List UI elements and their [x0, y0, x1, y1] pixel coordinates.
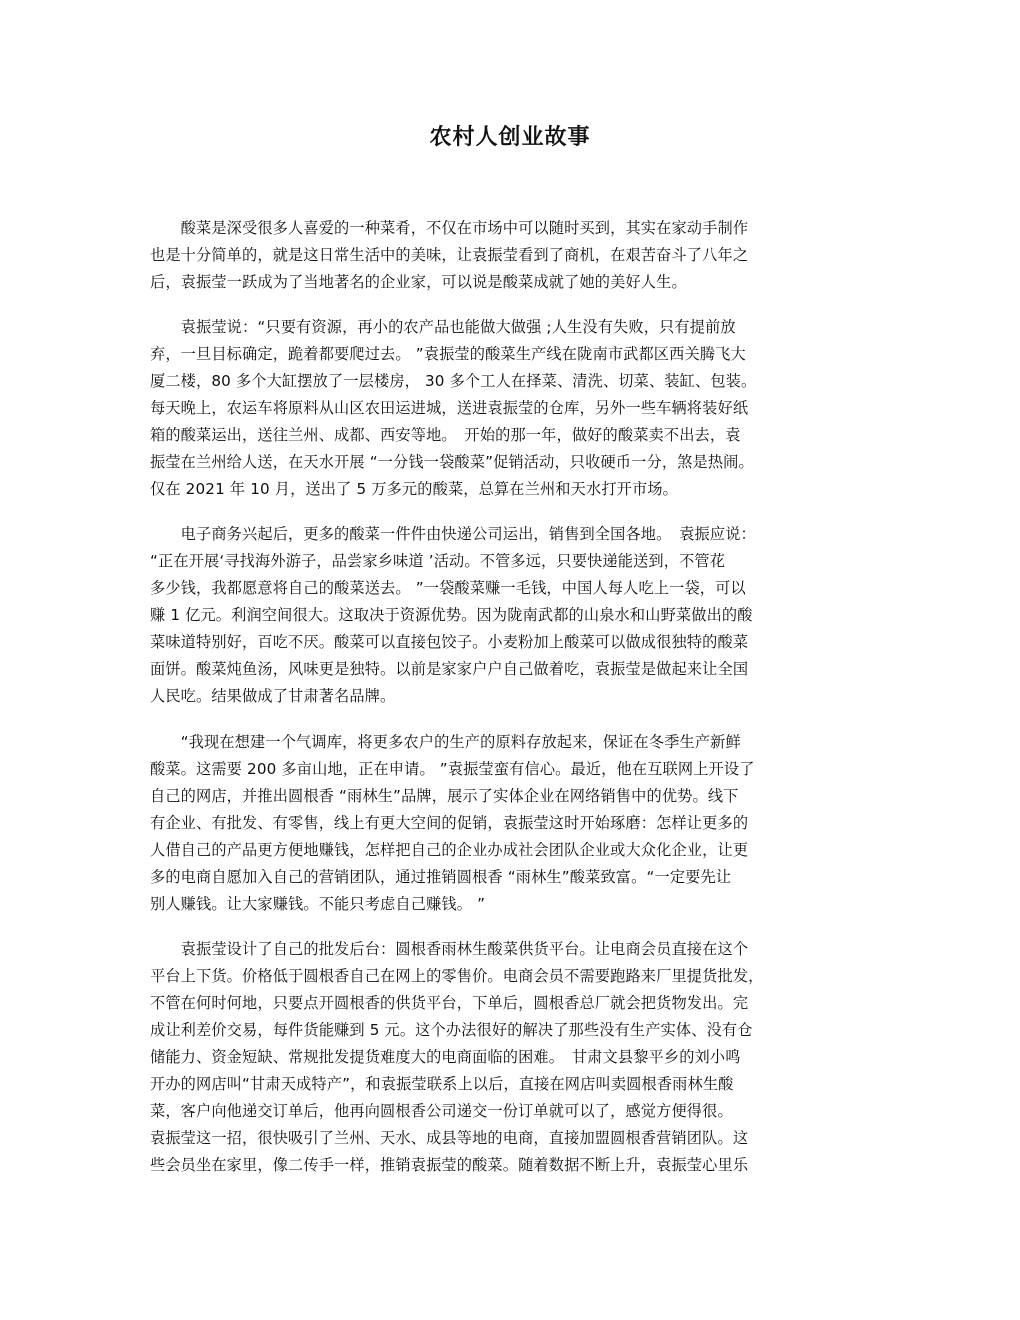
paragraph-5-line: 平台上下货。价格低于圆根香自己在网上的零售价。电商会员不需要跑路来厂里提货批发，: [150, 967, 764, 985]
document-title: 农村人创业故事: [0, 120, 1020, 151]
paragraph-3-line: 电子商务兴起后，更多的酸菜一件件由快递公司运出，销售到全国各地。 袁振应说：: [150, 525, 756, 543]
paragraph-4-line: 有企业、有批发、有零售，线上有更大空间的促销，袁振莹这时开始琢磨：怎样让更多的: [150, 814, 748, 832]
paragraph-4-line: 酸菜。这需要 200 多亩山地，正在申请。 ”袁振莹蛮有信心。最近，他在互联网上…: [150, 760, 755, 778]
paragraph-4-line: 自己的网店，并推出圆根香 “雨林生”品牌，展示了实体企业在网络销售中的优势。线下: [150, 787, 739, 805]
paragraph-4-line: “我现在想建一个气调库，将更多农户的生产的原料存放起来，保证在冬季生产新鲜: [150, 733, 741, 751]
paragraph-2-line: 袁振莹说：“只要有资源，再小的农产品也能做大做强 ;人生没有失败，只有提前放: [150, 318, 736, 336]
paragraph-4-line: 别人赚钱。让大家赚钱。不能只考虑自己赚钱。 ”: [150, 895, 485, 913]
paragraph-3-line: 人民吃。结果做成了甘肃著名品牌。: [150, 687, 395, 705]
paragraph-5-line: 不管在何时何地，只要点开圆根香的供货平台，下单后，圆根香总厂就会把货物发出。完: [150, 994, 748, 1012]
paragraph-3-line: 多少钱，我都愿意将自己的酸菜送去。 ”一袋酸菜赚一毛钱，中国人每人吃上一袋，可以: [150, 579, 746, 597]
paragraph-2-line: 弃，一旦目标确定，跪着都要爬过去。 ”袁振莹的酸菜生产线在陇南市武都区西关腾飞大: [150, 345, 746, 363]
paragraph-2-line: 振莹在兰州给人送，在天水开展 “一分钱一袋酸菜”促销活动，只收硬币一分，煞是热闹…: [150, 453, 754, 471]
paragraph-5-line: 袁振莹这一招，很快吸引了兰州、天水、成县等地的电商，直接加盟圆根香营销团队。这: [150, 1129, 748, 1147]
paragraph-3-line: 菜味道特别好，百吃不厌。酸菜可以直接包饺子。小麦粉加上酸菜可以做成很独特的酸菜: [150, 633, 748, 651]
paragraph-5-line: 菜，客户向他递交订单后，他再向圆根香公司递交一份订单就可以了，感觉方便得很。: [150, 1102, 733, 1120]
paragraph-1-line: 后，袁振莹一跃成为了当地著名的企业家，可以说是酸菜成就了她的美好人生。: [150, 273, 687, 291]
paragraph-3-line: 赚 1 亿元。利润空间很大。这取决于资源优势。因为陇南武都的山泉水和山野菜做出的…: [150, 606, 753, 624]
paragraph-2-line: 箱的酸菜运出，送往兰州、成都、西安等地。 开始的那一年，做好的酸菜卖不出去，袁: [150, 426, 741, 444]
paragraph-3-line: “正在开展‘寻找海外游子，品尝家乡味道 ’活动。不管多远，只要快递能送到，不管花: [150, 552, 725, 570]
paragraph-5-line: 成让利差价交易，每件货能赚到 5 元。这个办法很好的解决了那些没有生产实体、没有…: [150, 1021, 753, 1039]
paragraph-1-line: 酸菜是深受很多人喜爱的一种菜肴，不仅在市场中可以随时买到，其实在家动手制作: [150, 219, 748, 237]
paragraph-5-line: 储能力、资金短缺、常规批发提货难度大的电商面临的困难。 甘肃文县黎平乡的刘小鸣: [150, 1048, 741, 1066]
paragraph-5-line: 些会员坐在家里，像二传手一样，推销袁振莹的酸菜。随着数据不断上升，袁振莹心里乐: [150, 1156, 748, 1174]
paragraph-2-line: 每天晚上，农运车将原料从山区农田运进城，送进袁振莹的仓库，另外一些车辆将装好纸: [150, 399, 748, 417]
paragraph-2-line: 仅在 2021 年 10 月，送出了 5 万多元的酸菜，总算在兰州和天水打开市场…: [150, 480, 678, 498]
paragraph-4-line: 人借自己的产品更方便地赚钱，怎样把自己的企业办成社会团队企业或大众化企业，让更: [150, 841, 748, 859]
paragraph-3-line: 面饼。酸菜炖鱼汤，风味更是独特。以前是家家户户自己做着吃，袁振莹是做起来让全国: [150, 660, 748, 678]
paragraph-4-line: 多的电商自愿加入自己的营销团队，通过推销圆根香 “雨林生”酸菜致富。“一定要先让: [150, 868, 731, 886]
paragraph-5-line: 袁振莹设计了自己的批发后台：圆根香雨林生酸菜供货平台。让电商会员直接在这个: [150, 940, 748, 958]
paragraph-5-line: 开办的网店叫“甘肃天成特产”，和袁振莹联系上以后，直接在网店叫卖圆根香雨林生酸: [150, 1075, 734, 1093]
paragraph-2-line: 厦二楼，80 多个大缸摆放了一层楼房， 30 多个工人在择菜、清洗、切菜、装缸、…: [150, 372, 756, 390]
paragraph-1-line: 也是十分简单的，就是这日常生活中的美味，让袁振莹看到了商机，在艰苦奋斗了八年之: [150, 246, 748, 264]
